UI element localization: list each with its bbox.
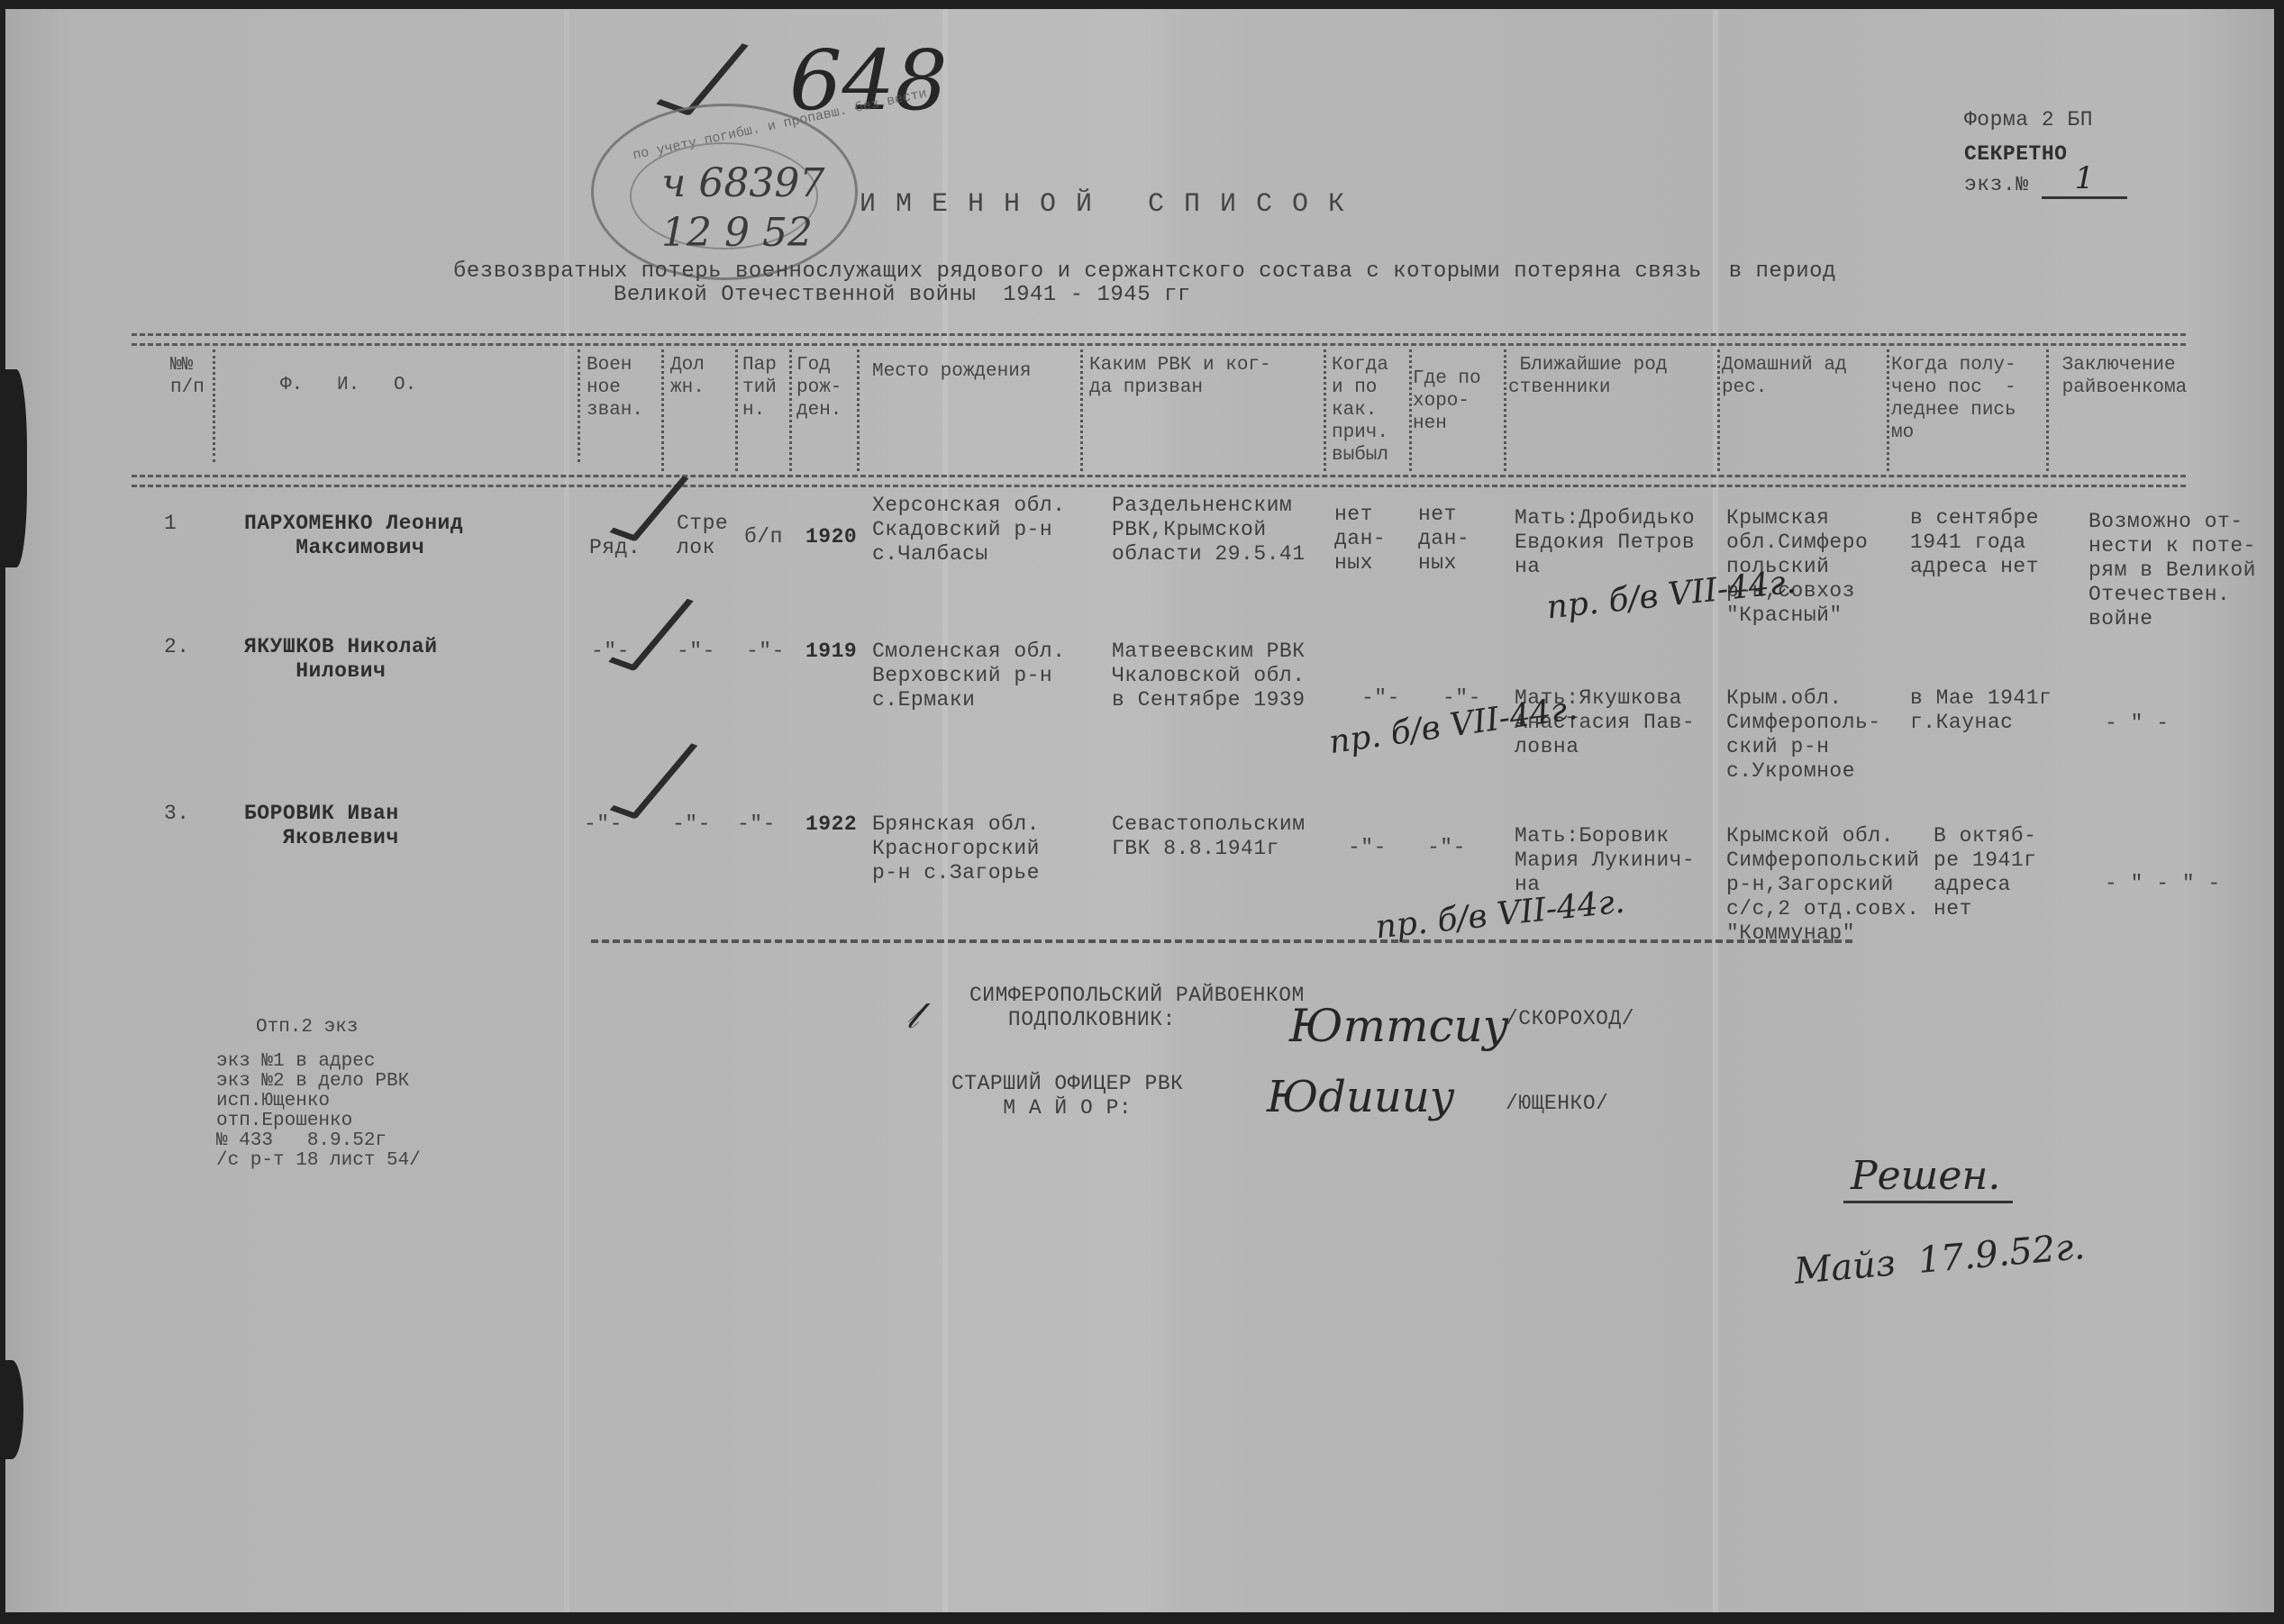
officer-signature: Юdиuuy <box>1267 1072 1454 1122</box>
officer-name: /ЮЩЕНКО/ <box>1506 1092 1608 1116</box>
row-party: -"- <box>737 812 776 837</box>
paper-tear <box>0 1360 23 1459</box>
row-relatives: Мать:Дробидько Евдокия Петров на <box>1515 506 1695 579</box>
column-separator <box>578 349 580 462</box>
row-drafted: Раздельненским РВК,Крымской области 29.5… <box>1112 494 1306 567</box>
document-page: 648 по учету погибш. и пропавш. без вест… <box>5 9 2274 1612</box>
row-birth-year: 1920 <box>805 525 857 549</box>
copy-number: 1 <box>2042 160 2127 199</box>
paper-tear <box>0 369 27 567</box>
row-position: -"- <box>677 640 715 664</box>
header-birth-year: Год рож- ден. <box>796 354 842 422</box>
row-birthplace: Херсонская обл. Скадовский р-н с.Чалбасы <box>872 494 1066 567</box>
row-drafted: Матвеевским РВК Чкаловской обл. в Сентяб… <box>1112 640 1306 712</box>
row-conclusion: - " - <box>2105 712 2170 736</box>
form-number: Форма 2 БП <box>1964 108 2093 132</box>
header-position: Дол жн. <box>670 354 705 399</box>
header-relatives: Ближайшие род ственники <box>1508 354 1667 399</box>
row-birth-year: 1922 <box>805 812 857 837</box>
row-last-letter: в сентябре 1941 года адреса нет <box>1910 506 2039 579</box>
row-party: б/п <box>744 525 783 549</box>
row-last-letter: В октяб- ре 1941г адреса нет <box>1934 824 2036 921</box>
copies-note: Отп.2 экз <box>256 1016 358 1039</box>
column-separator <box>213 349 215 462</box>
header-rank: Воен ное зван. <box>587 354 643 422</box>
row-number: 2. <box>164 635 190 659</box>
resolution-word: Решен. <box>1843 1153 2013 1203</box>
table-end-rule <box>591 939 1852 943</box>
commissar-title: СИМФЕРОПОЛЬСКИЙ РАЙВОЕНКОМ ПОДПОЛКОВНИК: <box>969 984 1305 1032</box>
row-birthplace: Смоленская обл. Верховский р-н с.Ермаки <box>872 640 1066 712</box>
row-name: ПАРХОМЕНКО Леонид Максимович <box>244 512 463 560</box>
check-mark-icon <box>610 736 698 820</box>
header-party: Пар тий н. <box>742 354 777 422</box>
header-buried: Где по хоро- нен <box>1413 367 1481 435</box>
archive-stamp: по учету погибш. и пропавш. без вести ч … <box>591 104 858 280</box>
column-separator <box>1504 349 1506 471</box>
document-subtitle-line2: Великой Отечественной войны 1941 - 1945 … <box>614 283 1191 307</box>
table-header-rule <box>132 475 2186 487</box>
row-rank: -"- <box>584 812 623 837</box>
row-position: -"- <box>672 812 711 837</box>
column-separator <box>661 349 664 471</box>
row-when-left: -"- <box>1348 836 1387 860</box>
row-birth-year: 1919 <box>805 640 857 664</box>
handwritten-note: пр. б/в VII-44г. <box>1374 884 1626 947</box>
row-name: ЯКУШКОВ Николай Нилович <box>244 635 438 684</box>
header-birthplace: Место рождения <box>872 360 1031 383</box>
header-when-left: Когда и по как. прич. выбыл <box>1332 354 1388 467</box>
row-conclusion: - " - " - <box>2105 872 2221 896</box>
column-separator <box>735 349 738 471</box>
row-buried: -"- <box>1427 836 1466 860</box>
row-when-left: нет дан- ных <box>1334 503 1386 576</box>
row-buried: нет дан- ных <box>1418 503 1470 576</box>
header-last-letter: Когда полу- чено пос - леднее пись мо <box>1891 354 2016 444</box>
column-separator <box>789 349 792 471</box>
header-name: Ф. И. О. <box>280 374 416 396</box>
row-name: БОРОВИК Иван Яковлевич <box>244 802 399 850</box>
row-address: Крымская обл.Симферо польский р-н,совхоз… <box>1726 506 1868 628</box>
copy-label: экз.№ <box>1964 173 2029 197</box>
row-position: Стре лок <box>677 512 728 560</box>
header-drafted: Каким РВК и ког- да призван <box>1089 354 1271 399</box>
stamp-number: ч 68397 <box>661 160 824 206</box>
resolution-signature-date: Майз 17.9.52г. <box>1793 1226 2087 1293</box>
header-conclusion: Заключение райвоенкома <box>2051 354 2187 399</box>
document-title: ИМЕННОЙ СПИСОК <box>860 189 1364 220</box>
column-separator <box>1887 349 1889 471</box>
header-address: Домашний ад рес. <box>1722 354 1847 399</box>
header-num: №№ п/п <box>170 354 205 399</box>
column-separator <box>1717 349 1720 471</box>
initial-mark: 𝓁 <box>906 995 918 1037</box>
column-separator <box>1080 349 1083 471</box>
row-number: 1 <box>164 512 177 536</box>
officer-title: СТАРШИЙ ОФИЦЕР РВК М А Й О Р: <box>951 1072 1183 1120</box>
row-number: 3. <box>164 802 190 826</box>
column-separator <box>1324 349 1326 471</box>
paper-fold <box>942 9 948 1612</box>
column-separator <box>2046 349 2049 471</box>
distribution-notes: экз №1 в адрес экз №2 в дело РВК исп.Юще… <box>216 1052 421 1171</box>
row-when-left: -"- <box>1361 686 1400 711</box>
row-last-letter: в Мае 1941г г.Каунас <box>1910 686 2052 735</box>
commissar-signature: Юmmcuy <box>1289 1000 1508 1052</box>
commissar-name: /СКОРОХОД/ <box>1506 1007 1634 1031</box>
row-conclusion: Возможно от- нести к поте- рям в Великой… <box>2088 510 2256 631</box>
row-address: Крымской обл. Симферопольский р-н,Загорс… <box>1726 824 1920 946</box>
document-subtitle-line1: безвозвратных потерь военнослужащих рядо… <box>453 259 1836 284</box>
row-birthplace: Брянская обл. Красногорский р-н с.Загорь… <box>872 812 1040 885</box>
paper-fold <box>1713 9 1718 1612</box>
column-separator <box>857 349 860 471</box>
column-separator <box>1409 349 1412 471</box>
stamp-date: 12 9 52 <box>661 210 813 256</box>
row-party: -"- <box>746 640 785 664</box>
paper-fold <box>564 9 569 1612</box>
table-top-rule <box>132 333 2186 346</box>
row-drafted: Севастопольским ГВК 8.8.1941г <box>1112 812 1306 861</box>
row-address: Крым.обл. Симферополь- ский р-н с.Укромн… <box>1726 686 1881 784</box>
